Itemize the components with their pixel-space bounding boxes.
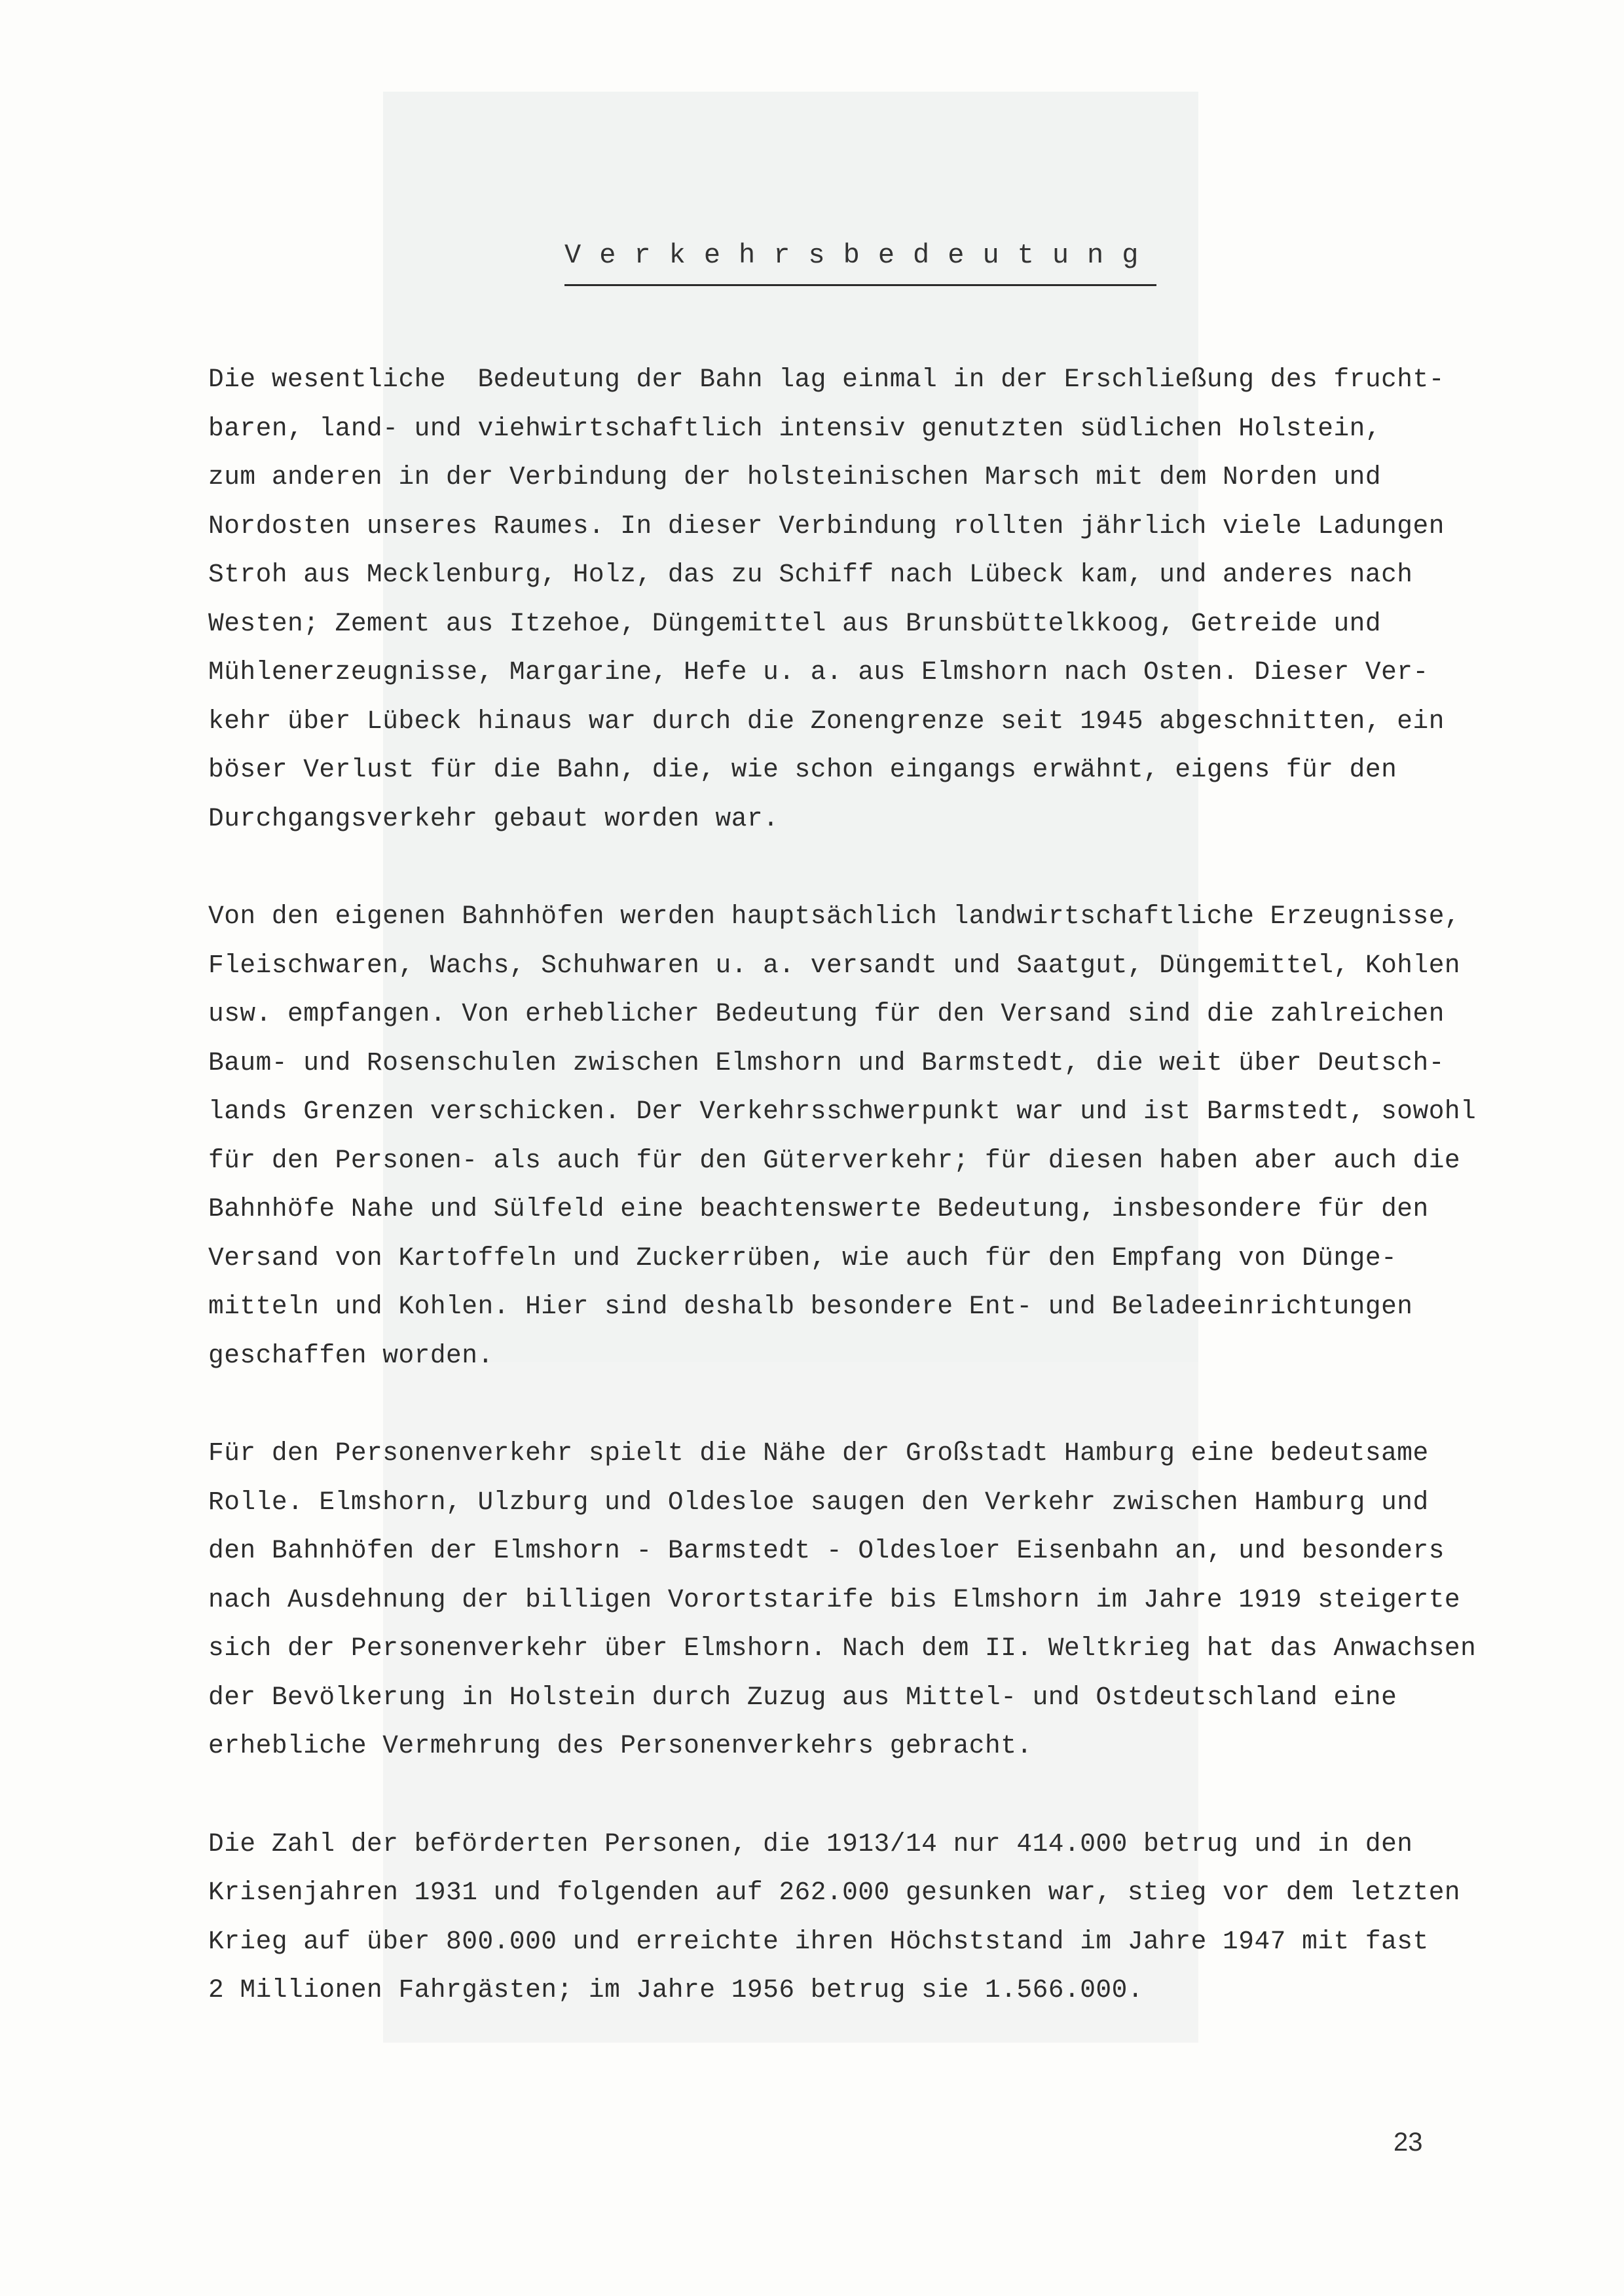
page-title-container: Verkehrsbedeutung: [564, 240, 1108, 286]
text-line: den Bahnhöfen der Elmshorn - Barmstedt -…: [208, 1527, 1518, 1576]
text-line: zum anderen in der Verbindung der holste…: [208, 453, 1518, 502]
text-line: mitteln und Kohlen. Hier sind deshalb be…: [208, 1283, 1518, 1332]
text-line: Die wesentliche Bedeutung der Bahn lag e…: [208, 355, 1518, 405]
text-line: Von den eigenen Bahnhöfen werden hauptsä…: [208, 892, 1518, 941]
paragraph: Von den eigenen Bahnhöfen werden hauptsä…: [208, 892, 1518, 1380]
text-line: für den Personen- als auch für den Güter…: [208, 1137, 1518, 1186]
text-line: Fleischwaren, Wachs, Schuhwaren u. a. ve…: [208, 941, 1518, 991]
text-line: erhebliche Vermehrung des Personenverkeh…: [208, 1722, 1518, 1771]
text-line: Baum- und Rosenschulen zwischen Elmshorn…: [208, 1039, 1518, 1088]
paragraph: Für den Personenverkehr spielt die Nähe …: [208, 1429, 1518, 1771]
text-line: Mühlenerzeugnisse, Margarine, Hefe u. a.…: [208, 648, 1518, 697]
text-line: lands Grenzen verschicken. Der Verkehrss…: [208, 1087, 1518, 1137]
text-line: Für den Personenverkehr spielt die Nähe …: [208, 1429, 1518, 1478]
text-line: 2 Millionen Fahrgästen; im Jahre 1956 be…: [208, 1966, 1518, 2015]
text-line: Westen; Zement aus Itzehoe, Düngemittel …: [208, 600, 1518, 649]
page-number: 23: [1393, 2128, 1423, 2157]
text-line: nach Ausdehnung der billigen Vorortstari…: [208, 1576, 1518, 1625]
text-line: Nordosten unseres Raumes. In dieser Verb…: [208, 502, 1518, 551]
text-line: Krieg auf über 800.000 und erreichte ihr…: [208, 1918, 1518, 1967]
text-line: Durchgangsverkehr gebaut worden war.: [208, 795, 1518, 844]
text-line: kehr über Lübeck hinaus war durch die Zo…: [208, 697, 1518, 746]
text-line: geschaffen worden.: [208, 1332, 1518, 1381]
text-line: sich der Personenverkehr über Elmshorn. …: [208, 1624, 1518, 1673]
paragraph: Die Zahl der beförderten Personen, die 1…: [208, 1820, 1518, 2015]
text-line: baren, land- und viehwirtschaftlich inte…: [208, 405, 1518, 454]
text-line: Bahnhöfe Nahe und Sülfeld eine beachtens…: [208, 1185, 1518, 1234]
text-line: Versand von Kartoffeln und Zuckerrüben, …: [208, 1234, 1518, 1283]
text-line: Die Zahl der beförderten Personen, die 1…: [208, 1820, 1518, 1869]
text-line: Krisenjahren 1931 und folgenden auf 262.…: [208, 1868, 1518, 1918]
text-line: Stroh aus Mecklenburg, Holz, das zu Schi…: [208, 551, 1518, 600]
text-line: Rolle. Elmshorn, Ulzburg und Oldesloe sa…: [208, 1478, 1518, 1527]
document-body: Die wesentliche Bedeutung der Bahn lag e…: [208, 355, 1518, 2064]
text-line: böser Verlust für die Bahn, die, wie sch…: [208, 746, 1518, 795]
text-line: der Bevölkerung in Holstein durch Zuzug …: [208, 1673, 1518, 1722]
page-title: Verkehrsbedeutung: [564, 240, 1156, 286]
text-line: usw. empfangen. Von erheblicher Bedeutun…: [208, 990, 1518, 1039]
paragraph: Die wesentliche Bedeutung der Bahn lag e…: [208, 355, 1518, 843]
